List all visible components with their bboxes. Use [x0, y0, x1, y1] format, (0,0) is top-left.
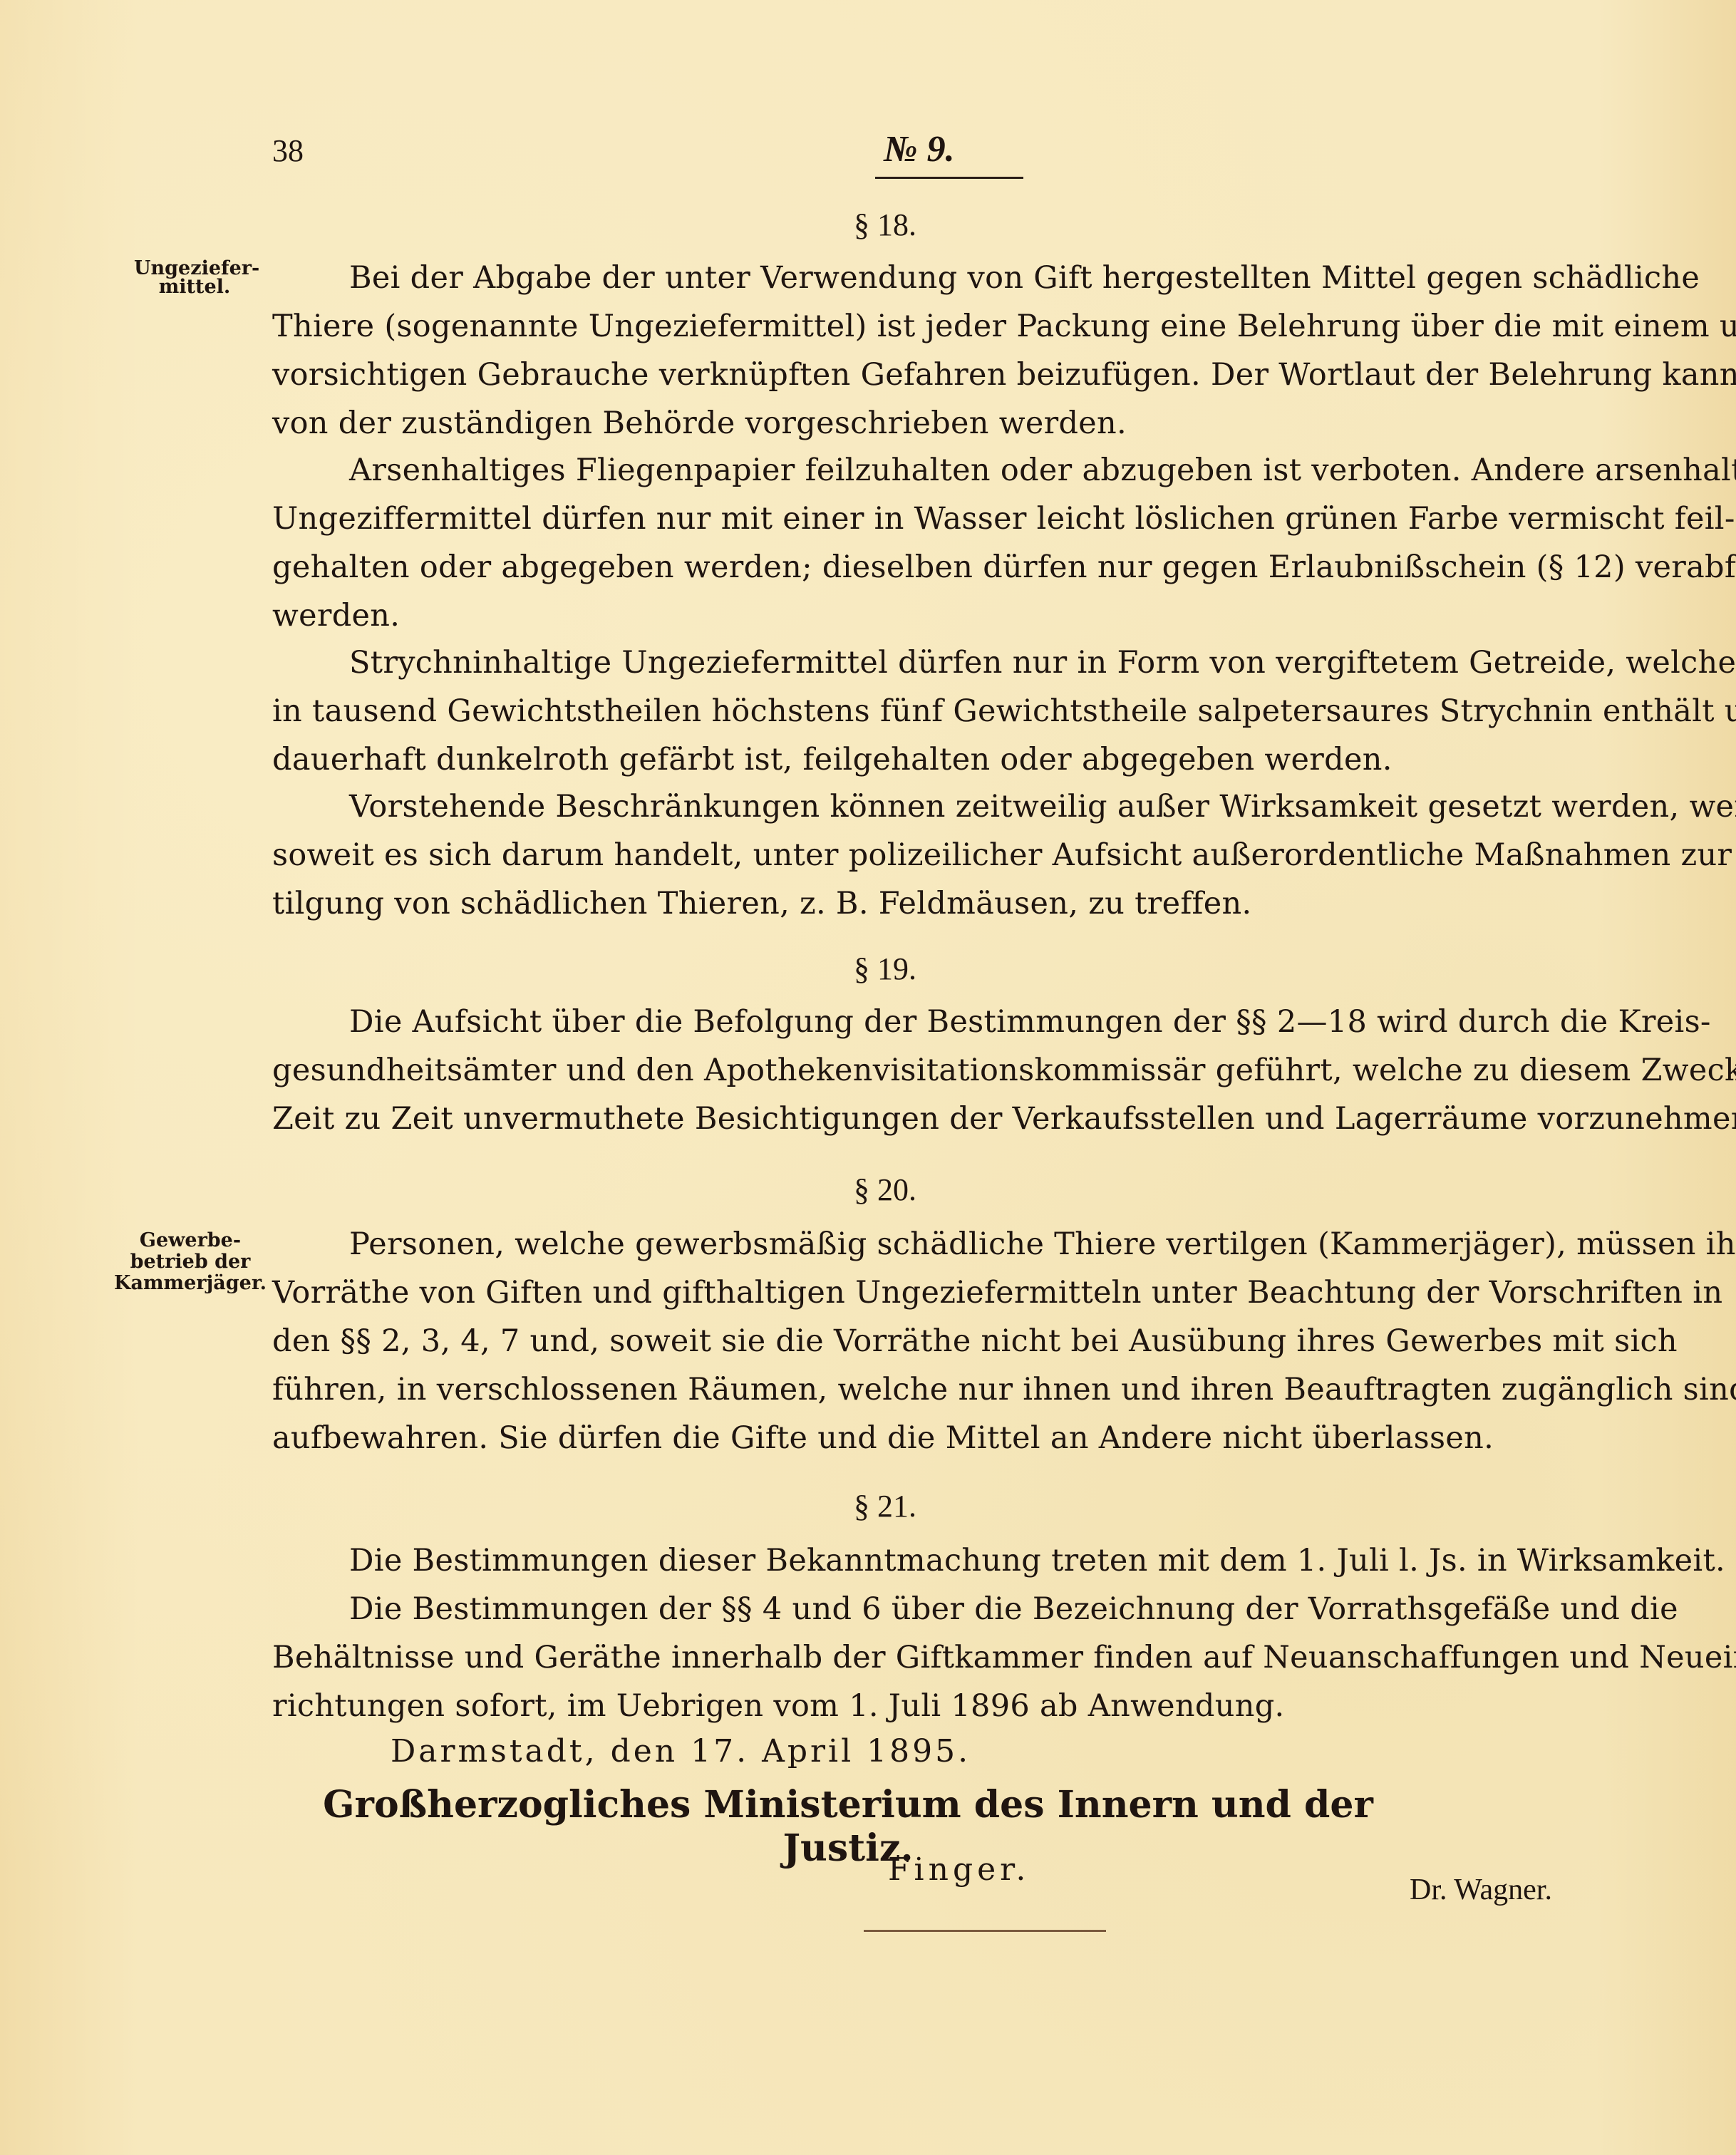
text-line: Zeit zu Zeit unvermuthete Besichtigungen… [272, 1095, 1633, 1143]
text-line: soweit es sich darum handelt, unter poli… [272, 831, 1633, 879]
text-line: in tausend Gewichtstheilen höchstens fün… [272, 687, 1633, 735]
text-line: aufbewahren. Sie dürfen die Gifte und di… [272, 1414, 1633, 1462]
text-line: den §§ 2, 3, 4, 7 und, soweit sie die Vo… [272, 1317, 1633, 1365]
paragraph-19-1: Die Aufsicht über die Befolgung der Best… [272, 998, 1633, 1143]
text-line: vorsichtigen Gebrauche verknüpften Gefah… [272, 351, 1633, 399]
text-line: Behältnisse und Geräthe innerhalb der Gi… [272, 1633, 1633, 1682]
place-date: Darmstadt, den 17. April 1895. [391, 1733, 971, 1769]
text-line: Personen, welche gewerbsmäßig schädliche… [272, 1220, 1633, 1268]
text-line: Ungeziffermittel dürfen nur mit einer in… [272, 495, 1633, 543]
paragraph-21-2: Die Bestimmungen der §§ 4 und 6 über die… [272, 1585, 1633, 1730]
margin-note-line: Gewerbe- [108, 1230, 272, 1251]
text-line: von der zuständigen Behörde vorgeschrieb… [272, 399, 1633, 448]
margin-note-line: betrieb der [108, 1251, 272, 1273]
page-number: 38 [272, 133, 304, 169]
ministry-name: Großherzogliches Ministerium des Innern … [292, 1783, 1404, 1870]
text-line: führen, in verschlossenen Räumen, welche… [272, 1365, 1633, 1414]
text-line: dauerhaft dunkelroth gefärbt ist, feilge… [272, 735, 1633, 784]
paragraph-21-1: Die Bestimmungen dieser Bekanntmachung t… [272, 1536, 1633, 1585]
document-page: 38 № 9. § 18. Ungeziefer- mittel. Bei de… [0, 0, 1736, 2155]
section-heading-21: § 21. [778, 1488, 992, 1524]
text-line: richtungen sofort, im Uebrigen vom 1. Ju… [272, 1682, 1633, 1730]
text-line: Die Aufsicht über die Befolgung der Best… [272, 998, 1633, 1046]
text-line: werden. [272, 591, 1633, 640]
text-line: Bei der Abgabe der unter Verwendung von … [272, 254, 1633, 302]
margin-note-line: mittel. [134, 278, 255, 296]
section-heading-18: § 18. [778, 207, 992, 243]
signature-wagner: Dr. Wagner. [1410, 1873, 1552, 1907]
end-rule [864, 1930, 1106, 1932]
text-line: gehalten oder abgegeben werden; dieselbe… [272, 543, 1633, 591]
text-line: Die Bestimmungen dieser Bekanntmachung t… [272, 1536, 1633, 1585]
text-line: tilgung von schädlichen Thieren, z. B. F… [272, 879, 1633, 928]
paragraph-18-4: Vorstehende Beschränkungen können zeitwe… [272, 782, 1633, 928]
paragraph-18-3: Strychninhaltige Ungeziefermittel dürfen… [272, 639, 1633, 784]
text-line: gesundheitsämter und den Apothekenvisita… [272, 1046, 1633, 1095]
issue-number: № 9. [884, 128, 955, 170]
text-line: Vorstehende Beschränkungen können zeitwe… [272, 782, 1633, 831]
paragraph-20-1: Personen, welche gewerbsmäßig schädliche… [272, 1220, 1633, 1462]
paragraph-18-2: Arsenhaltiges Fliegenpapier feilzuhalten… [272, 446, 1633, 640]
margin-note-ungeziefermittel: Ungeziefer- mittel. [134, 259, 255, 296]
text-line: Arsenhaltiges Fliegenpapier feilzuhalten… [272, 446, 1633, 495]
signature-finger: Finger. [888, 1851, 1030, 1888]
section-heading-19: § 19. [778, 951, 992, 987]
text-line: Die Bestimmungen der §§ 4 und 6 über die… [272, 1585, 1633, 1633]
margin-note-line: Kammerjäger. [108, 1273, 272, 1294]
section-heading-20: § 20. [778, 1172, 992, 1208]
text-line: Vorräthe von Giften und gifthaltigen Ung… [272, 1268, 1633, 1317]
text-line: Strychninhaltige Ungeziefermittel dürfen… [272, 639, 1633, 687]
margin-note-kammerjaeger: Gewerbe- betrieb der Kammerjäger. [108, 1230, 272, 1294]
paragraph-18-1: Bei der Abgabe der unter Verwendung von … [272, 254, 1633, 448]
text-line: Thiere (sogenannte Ungeziefermittel) ist… [272, 302, 1633, 351]
header-rule [875, 177, 1023, 179]
